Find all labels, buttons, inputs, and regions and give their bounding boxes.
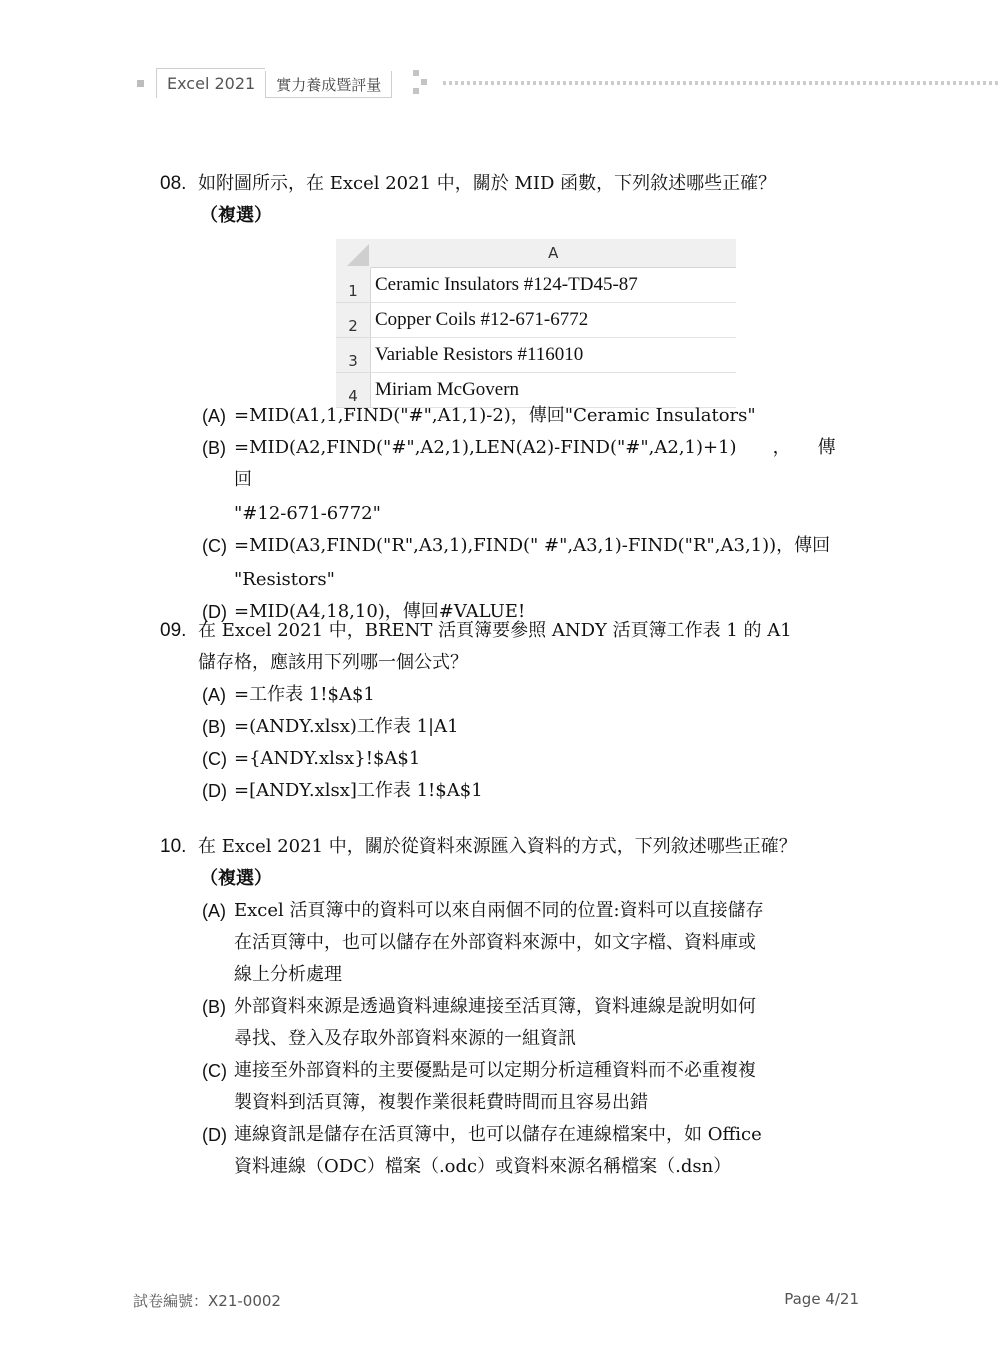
option-label: (B) <box>202 711 226 743</box>
multi-select-note: （複選） <box>200 863 880 895</box>
question-number: 08. <box>160 168 186 200</box>
question-08-options: (A) =MID(A1,1,FIND("#",A1,1)-2)，傳回"Ceram… <box>160 400 880 628</box>
option-text-cont: 在活頁簿中，也可以儲存在外部資料來源中，如文字檔、資料庫或 <box>234 927 880 959</box>
cell-a1: Ceramic Insulators #124-TD45-87 <box>371 268 737 303</box>
option-b: (B) =(ANDY.xlsx)工作表 1|A1 <box>202 711 880 743</box>
option-label: (C) <box>202 530 227 562</box>
option-text: =MID(A1,1,FIND("#",A1,1)-2)，傳回"Ceramic I… <box>234 400 880 432</box>
question-stem: 如附圖所示，在 Excel 2021 中，關於 MID 函數，下列敘述哪些正確？ <box>198 168 880 200</box>
row-header: 2 <box>336 302 371 337</box>
option-text: =[ANDY.xlsx]工作表 1!$A$1 <box>234 775 880 807</box>
sheet-row: 3 Variable Resistors #116010 <box>336 337 736 372</box>
option-label: (B) <box>202 991 226 1023</box>
exam-code: 試卷編號：X21-0002 <box>133 1290 281 1311</box>
option-a: (A) Excel 活頁簿中的資料可以來自兩個不同的位置:資料可以直接儲存 在活… <box>202 895 880 991</box>
question-number: 10. <box>160 831 186 863</box>
option-text-cont: 製資料到活頁簿，複製作業很耗費時間而且容易出錯 <box>234 1087 880 1119</box>
sheet-row: 1 Ceramic Insulators #124-TD45-87 <box>336 268 736 303</box>
option-b: (B) 外部資料來源是透過資料連線連接至活頁簿，資料連線是說明如何 尋找、登入及… <box>202 991 880 1055</box>
option-label: (D) <box>202 1119 227 1151</box>
option-c: (C) ={ANDY.xlsx}!$A$1 <box>202 743 880 775</box>
option-d: (D) 連線資訊是儲存在活頁簿中，也可以儲存在連線檔案中，如 Office 資料… <box>202 1119 880 1183</box>
option-label: (C) <box>202 743 227 775</box>
question-stem: 在 Excel 2021 中，BRENT 活頁簿要參照 ANDY 活頁簿工作表 … <box>198 615 880 647</box>
book-title: Excel 2021 <box>156 68 265 98</box>
excel-sheet-figure: A 1 Ceramic Insulators #124-TD45-87 2 Co… <box>336 239 736 408</box>
option-text: =MID(A3,FIND("R",A3,1),FIND(" #",A3,1)-F… <box>234 530 880 562</box>
option-text: 外部資料來源是透過資料連線連接至活頁簿，資料連線是說明如何 <box>234 991 880 1023</box>
page-number: Page 4/21 <box>784 1290 859 1308</box>
option-label: (A) <box>202 679 226 711</box>
question-08: 08. 如附圖所示，在 Excel 2021 中，關於 MID 函數，下列敘述哪… <box>160 168 880 232</box>
question-10: 10. 在 Excel 2021 中，關於從資料來源匯入資料的方式，下列敘述哪些… <box>160 831 880 1183</box>
section-title: 實力養成暨評量 <box>265 71 392 98</box>
question-stem: 在 Excel 2021 中，關於從資料來源匯入資料的方式，下列敘述哪些正確？ <box>198 831 880 863</box>
row-header: 1 <box>336 268 371 303</box>
dotted-rule <box>443 81 998 85</box>
question-number: 09. <box>160 615 186 647</box>
option-label: (C) <box>202 1055 227 1087</box>
option-label: (A) <box>202 400 226 432</box>
decorative-squares-icon <box>413 70 435 96</box>
column-header-a: A <box>371 239 737 268</box>
option-text-cont: "#12-671-6772" <box>234 498 880 530</box>
page-footer: 試卷編號：X21-0002 Page 4/21 <box>133 1290 859 1312</box>
option-text-cont: 資料連線（ODC）檔案（.odc）或資料來源名稱檔案（.dsn） <box>234 1151 880 1183</box>
option-c: (C) 連接至外部資料的主要優點是可以定期分析這種資料而不必重複複 製資料到活頁… <box>202 1055 880 1119</box>
cell-a3: Variable Resistors #116010 <box>371 337 737 372</box>
option-a: (A) =MID(A1,1,FIND("#",A1,1)-2)，傳回"Ceram… <box>202 400 880 432</box>
cell-a2: Copper Coils #12-671-6772 <box>371 302 737 337</box>
page-header: Excel 2021 實力養成暨評量 <box>0 66 1000 102</box>
multi-select-note: （複選） <box>200 200 880 232</box>
sheet-row: 2 Copper Coils #12-671-6772 <box>336 302 736 337</box>
question-stem-cont: 儲存格，應該用下列哪一個公式？ <box>198 647 880 679</box>
option-text: Excel 活頁簿中的資料可以來自兩個不同的位置:資料可以直接儲存 <box>234 895 880 927</box>
option-text: 連接至外部資料的主要優點是可以定期分析這種資料而不必重複複 <box>234 1055 880 1087</box>
option-text: =MID(A2,FIND("#",A2,1),LEN(A2)-FIND("#",… <box>234 432 880 496</box>
option-text: ={ANDY.xlsx}!$A$1 <box>234 743 880 775</box>
header-tab: Excel 2021 實力養成暨評量 <box>156 68 392 98</box>
option-label: (B) <box>202 432 226 464</box>
option-text: 連線資訊是儲存在活頁簿中，也可以儲存在連線檔案中，如 Office <box>234 1119 880 1151</box>
option-text-cont: 尋找、登入及存取外部資料來源的一組資訊 <box>234 1023 880 1055</box>
option-c: (C) =MID(A3,FIND("R",A3,1),FIND(" #",A3,… <box>202 530 880 596</box>
row-header: 3 <box>336 337 371 372</box>
option-text: =(ANDY.xlsx)工作表 1|A1 <box>234 711 880 743</box>
option-text-cont: "Resistors" <box>234 564 880 596</box>
option-label: (A) <box>202 895 226 927</box>
question-09: 09. 在 Excel 2021 中，BRENT 活頁簿要參照 ANDY 活頁簿… <box>160 615 880 807</box>
option-text-cont: 線上分析處理 <box>234 959 880 991</box>
option-d: (D) =[ANDY.xlsx]工作表 1!$A$1 <box>202 775 880 807</box>
decorative-square <box>137 80 144 87</box>
select-all-corner <box>336 239 371 268</box>
option-label: (D) <box>202 775 227 807</box>
option-b: (B) =MID(A2,FIND("#",A2,1),LEN(A2)-FIND(… <box>202 432 880 530</box>
option-text: =工作表 1!$A$1 <box>234 679 880 711</box>
option-a: (A) =工作表 1!$A$1 <box>202 679 880 711</box>
